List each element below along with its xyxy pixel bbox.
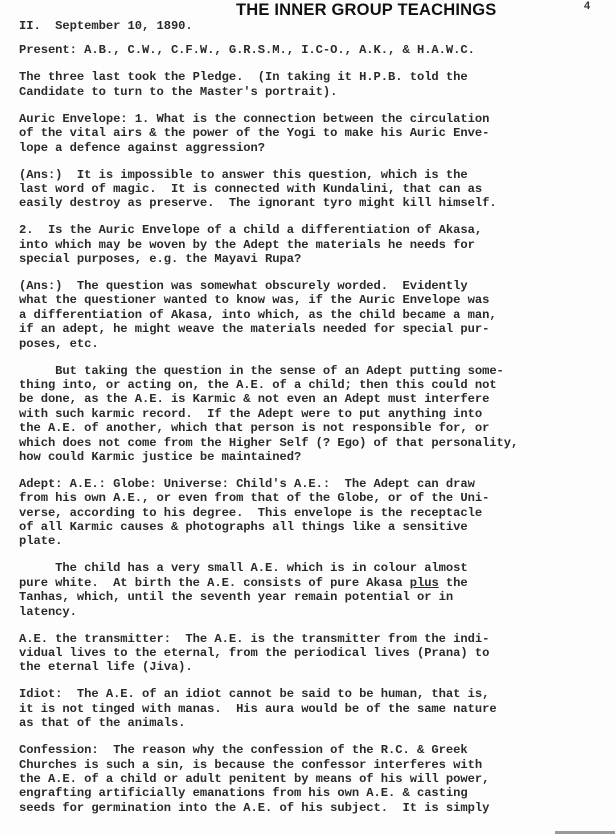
text-line: how could Karmic justice be maintained? bbox=[19, 450, 609, 464]
document-body: II. September 10, 1890.Present: A.B., C.… bbox=[19, 19, 609, 828]
text-line: be done, as the A.E. is Karmic & not eve… bbox=[19, 392, 609, 406]
paragraph-q2: 2. Is the Auric Envelope of a child a di… bbox=[19, 223, 609, 266]
text-line: Candidate to turn to the Master's portra… bbox=[19, 85, 609, 99]
text-line: the eternal life (Jiva). bbox=[19, 660, 609, 674]
text-line: Confession: The reason why the confessio… bbox=[19, 743, 609, 757]
paragraph-a2: (Ans:) The question was somewhat obscure… bbox=[19, 279, 609, 351]
text-line: But taking the question in the sense of … bbox=[19, 364, 609, 378]
text-line: Tanhas, which, until the seventh year re… bbox=[19, 590, 609, 604]
text-line: plate. bbox=[19, 534, 609, 548]
text-line: seeds for germination into the A.E. of h… bbox=[19, 801, 609, 815]
paragraph-a1: (Ans:) It is impossible to answer this q… bbox=[19, 168, 609, 211]
paragraph-date: II. September 10, 1890. bbox=[19, 19, 609, 33]
page-number: 4 bbox=[584, 0, 590, 12]
text-line: if an adept, he might weave the material… bbox=[19, 322, 609, 336]
paragraph-idiot: Idiot: The A.E. of an idiot cannot be sa… bbox=[19, 687, 609, 730]
text-line: easily destroy as preserve. The ignorant… bbox=[19, 196, 609, 210]
text-line: thing into, or acting on, the A.E. of a … bbox=[19, 378, 609, 392]
text-line: Auric Envelope: 1. What is the connectio… bbox=[19, 112, 609, 126]
text-line: Idiot: The A.E. of an idiot cannot be sa… bbox=[19, 687, 609, 701]
text-line: II. September 10, 1890. bbox=[19, 19, 609, 33]
text-line: verse, according to his degree. This env… bbox=[19, 506, 609, 520]
text-line: last word of magic. It is connected with… bbox=[19, 182, 609, 196]
text-line: The child has a very small A.E. which is… bbox=[19, 561, 609, 575]
paragraph-child: The child has a very small A.E. which is… bbox=[19, 561, 609, 619]
text-line: of the vital airs & the power of the Yog… bbox=[19, 126, 609, 140]
text-line: a differentiation of Akasa, into which, … bbox=[19, 308, 609, 322]
text-line: which does not come from the Higher Self… bbox=[19, 436, 609, 450]
text-line: it is not tinged with manas. His aura wo… bbox=[19, 702, 609, 716]
text-line: lope a defence against aggression? bbox=[19, 141, 609, 155]
text-line: the A.E. of another, which that person i… bbox=[19, 421, 609, 435]
text-line: 2. Is the Auric Envelope of a child a di… bbox=[19, 223, 609, 237]
text-line: with such karmic record. If the Adept we… bbox=[19, 407, 609, 421]
paragraph-present: Present: A.B., C.W., C.F.W., G.R.S.M., I… bbox=[19, 43, 609, 57]
paragraph-confession: Confession: The reason why the confessio… bbox=[19, 743, 609, 815]
paragraph-adept: Adept: A.E.: Globe: Universe: Child's A.… bbox=[19, 477, 609, 549]
paragraph-a2-cont: But taking the question in the sense of … bbox=[19, 364, 609, 465]
text-line: the A.E. of a child or adult penitent by… bbox=[19, 772, 609, 786]
text-line: vidual lives to the eternal, from the pe… bbox=[19, 646, 609, 660]
text-line: special purposes, e.g. the Mayavi Rupa? bbox=[19, 252, 609, 266]
text-line: A.E. the transmitter: The A.E. is the tr… bbox=[19, 632, 609, 646]
text-line: The three last took the Pledge. (In taki… bbox=[19, 70, 609, 84]
text-line: of all Karmic causes & photographs all t… bbox=[19, 520, 609, 534]
paragraph-pledge: The three last took the Pledge. (In taki… bbox=[19, 70, 609, 99]
running-title: THE INNER GROUP TEACHINGS bbox=[236, 1, 496, 20]
text-line: pure white. At birth the A.E. consists o… bbox=[19, 576, 609, 590]
underlined-word: plus bbox=[410, 576, 439, 590]
paragraph-q1: Auric Envelope: 1. What is the connectio… bbox=[19, 112, 609, 155]
text-line: Adept: A.E.: Globe: Universe: Child's A.… bbox=[19, 477, 609, 491]
text-line: engrafting artificially emanations from … bbox=[19, 786, 609, 800]
text-line: Churches is such a sin, is because the c… bbox=[19, 758, 609, 772]
text-line: what the questioner wanted to know was, … bbox=[19, 293, 609, 307]
text-line: latency. bbox=[19, 605, 609, 619]
document-page: THE INNER GROUP TEACHINGS 4 II. Septembe… bbox=[0, 0, 615, 834]
text-line: (Ans:) It is impossible to answer this q… bbox=[19, 168, 609, 182]
paragraph-transmitter: A.E. the transmitter: The A.E. is the tr… bbox=[19, 632, 609, 675]
text-line: (Ans:) The question was somewhat obscure… bbox=[19, 279, 609, 293]
text-line: Present: A.B., C.W., C.F.W., G.R.S.M., I… bbox=[19, 43, 609, 57]
text-line: poses, etc. bbox=[19, 337, 609, 351]
text-line: from his own A.E., or even from that of … bbox=[19, 491, 609, 505]
text-line: as that of the animals. bbox=[19, 716, 609, 730]
text-line: into which may be woven by the Adept the… bbox=[19, 238, 609, 252]
